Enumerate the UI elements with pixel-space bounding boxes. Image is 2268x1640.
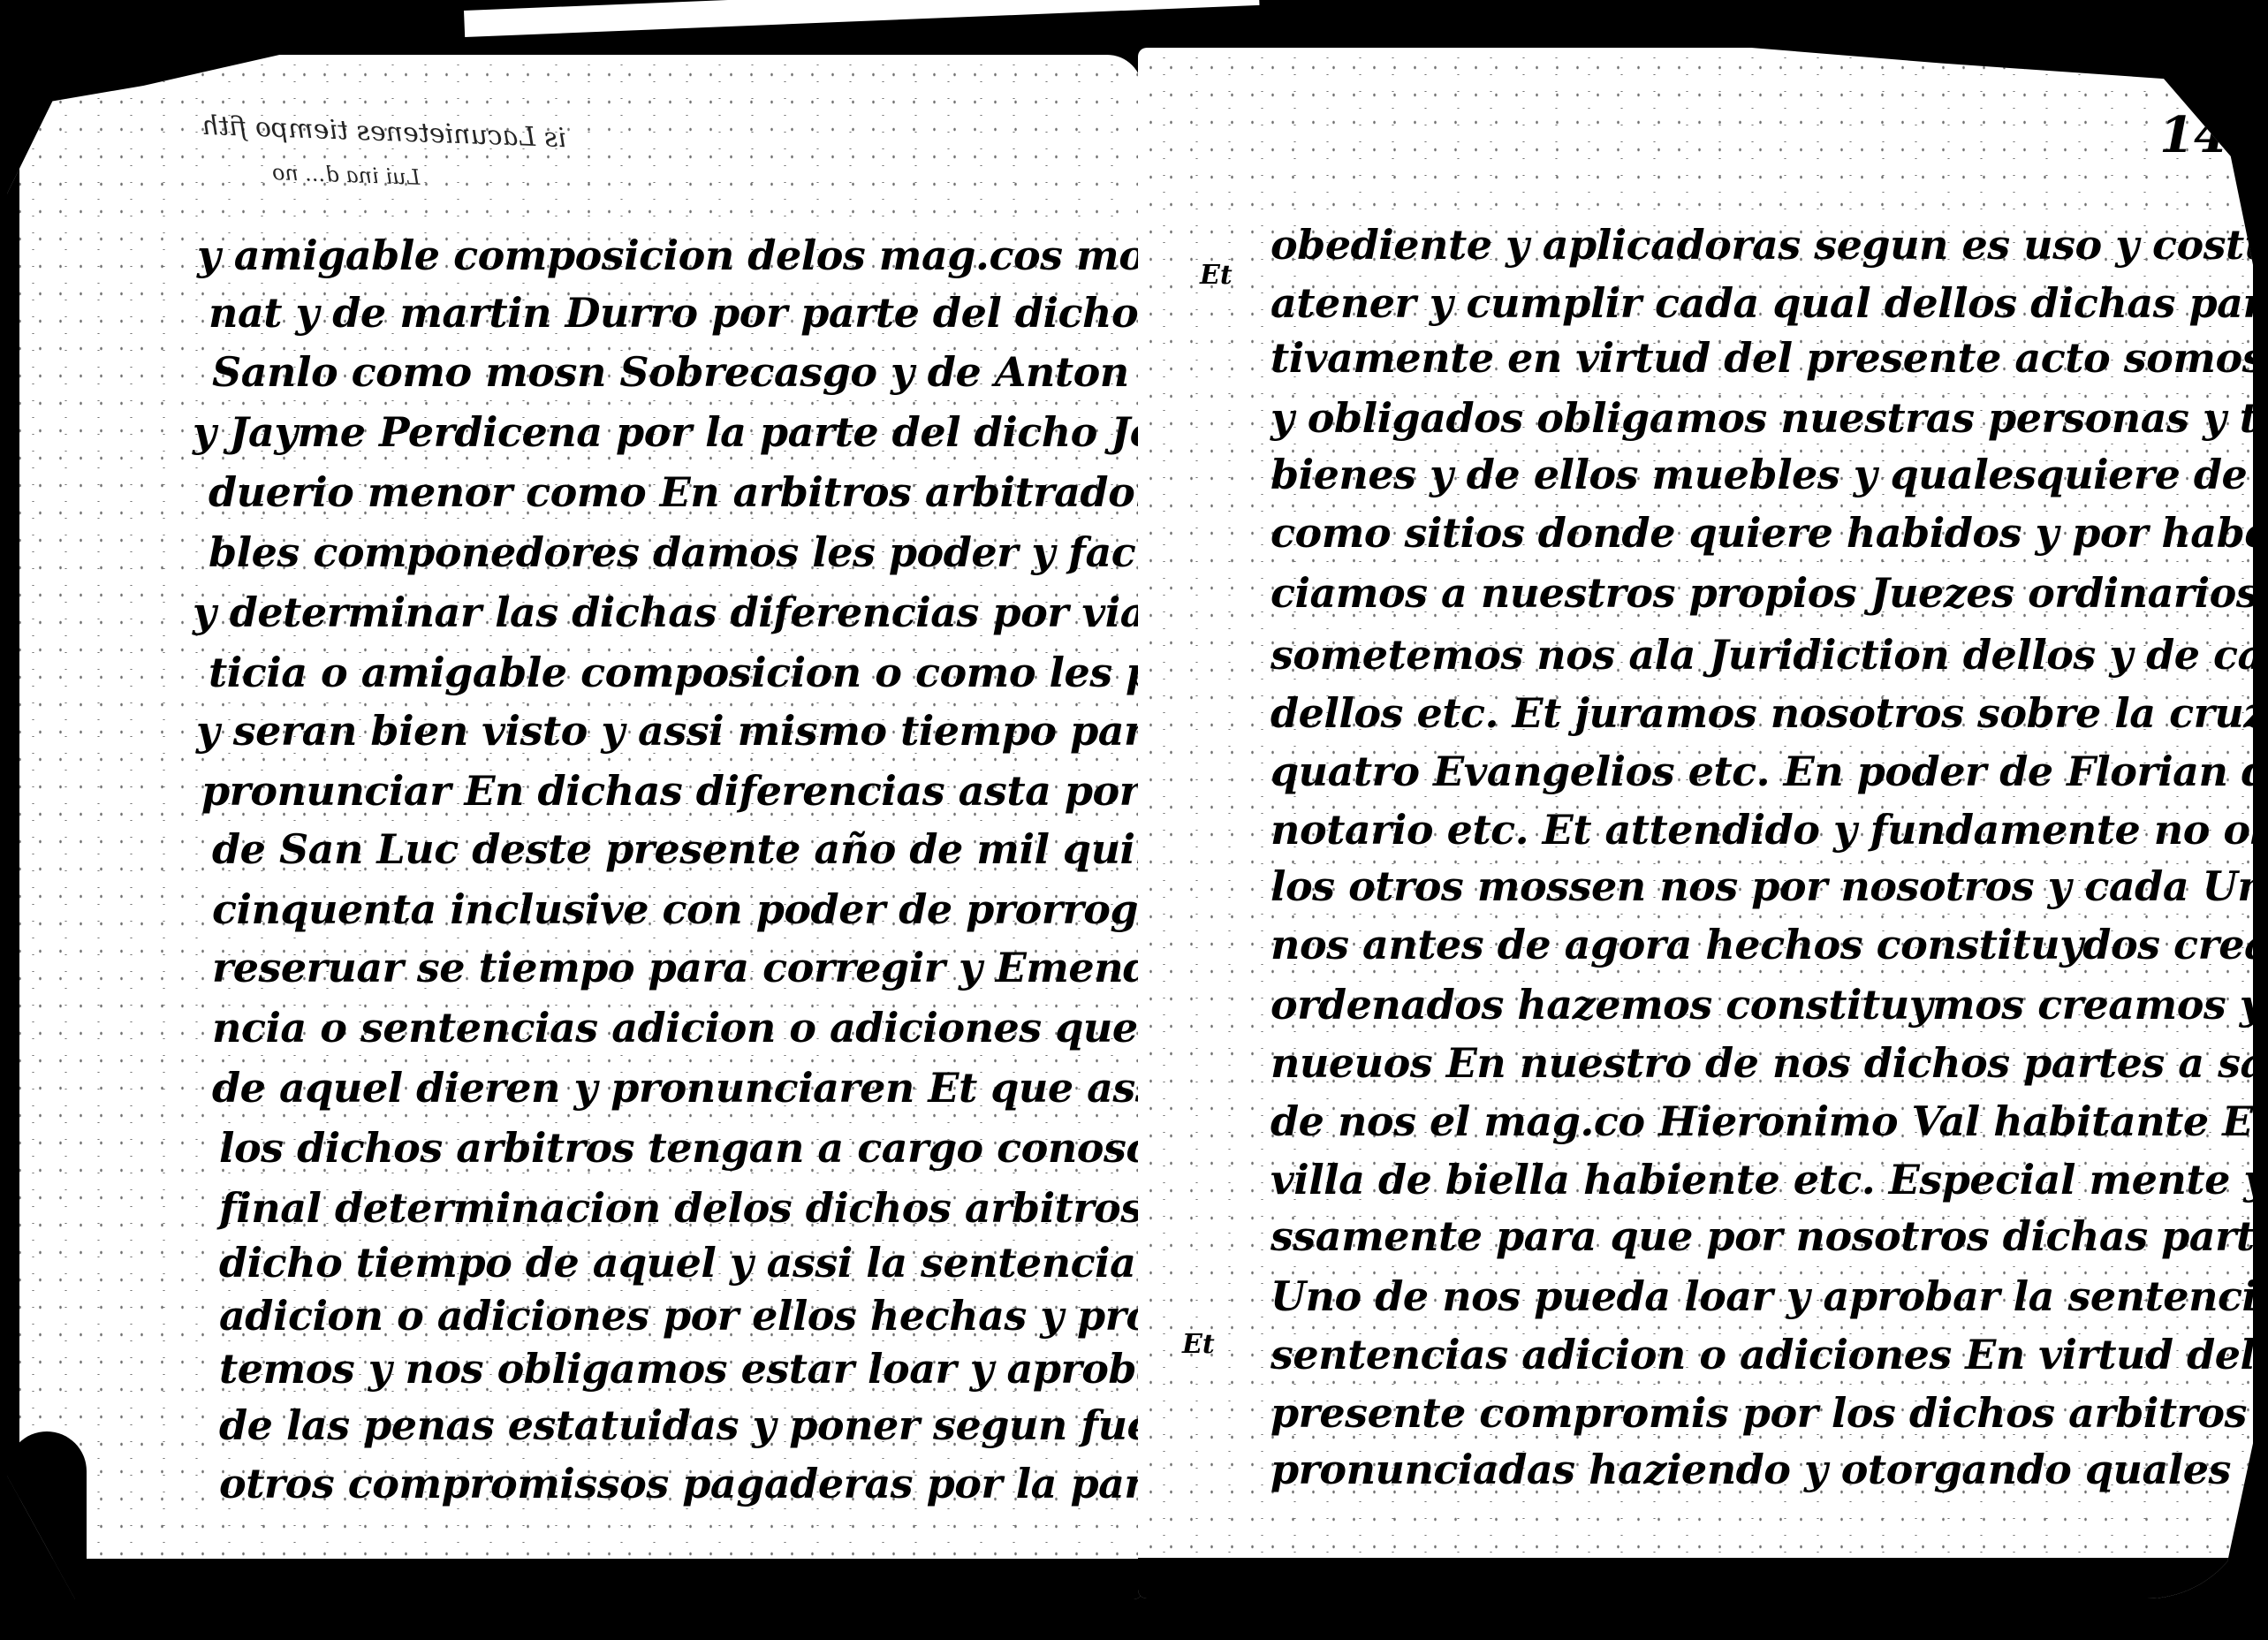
text-line: los otros mossen nos por nosotros y cada… [1271, 862, 2253, 910]
text-line: y amigable composicion delos mag.cos mos… [197, 232, 1142, 279]
text-line: final determinacion delos dichos arbitro… [219, 1184, 1142, 1232]
bottom-page-edge [1138, 1558, 2253, 1598]
text-line: nueuos En nuestro de nos dichos partes a… [1271, 1039, 2253, 1087]
text-line: dicho tiempo de aquel y assi la sentenci… [219, 1239, 1142, 1287]
text-line: otros compromissos pagaderas por la part… [219, 1460, 1142, 1507]
text-line: y determinar las dichas diferencias por … [193, 588, 1142, 636]
text-line: ssamente para que por nosotros dichas pa… [1271, 1212, 2253, 1260]
scan-edge-strip [464, 0, 1259, 37]
text-line: bles componedores damos les poder y facu… [209, 528, 1142, 576]
text-line: pronunciadas haziendo y otorgando quales… [1271, 1446, 2253, 1493]
folio-number: 14 [2159, 106, 2228, 164]
text-line: sometemos nos ala Juridiction dellos y d… [1271, 631, 2253, 679]
right-page: 14 Et Et obediente y aplicadoras segun e… [1138, 48, 2253, 1598]
text-line: sentencias adicion o adiciones En virtud… [1271, 1331, 2253, 1378]
text-line: de nos el mag.co Hieronimo Val habitante… [1271, 1097, 2253, 1145]
text-line: duerio menor como En arbitros arbitrador… [209, 468, 1142, 516]
text-line: como sitios donde quiere habidos y por h… [1271, 509, 2253, 557]
text-line: atener y cumplir cada qual dellos dichas… [1271, 279, 2253, 327]
text-line: nat y de martin Durro por parte del dich… [209, 289, 1142, 337]
margin-note: Et [1200, 260, 1233, 291]
text-line: de aquel dieren y pronunciaren Et que as… [212, 1064, 1142, 1112]
text-line: pronunciar En dichas diferencias asta po… [201, 767, 1142, 815]
text-line: Sanlo como mosn Sobrecasgo y de Anton va… [212, 348, 1142, 396]
text-line: quatro Evangelios etc. En poder de Flori… [1271, 748, 2253, 795]
text-line: de San Luc deste presente año de mil qui… [212, 825, 1142, 873]
text-line: nos antes de agora hechos constituydos c… [1271, 921, 2253, 968]
text-line: villa de biella habiente etc. Especial m… [1271, 1156, 2253, 1203]
text-line: ncia o sentencias adicion o adiciones qu… [212, 1004, 1142, 1052]
left-page: is Lacunietenes tiempo fith Lui ina d...… [7, 55, 1142, 1599]
text-line: presente compromis por los dichos arbitr… [1271, 1389, 2253, 1437]
text-line: ticia o amigable composicion o como les … [209, 649, 1142, 696]
text-line: Uno de nos pueda loar y aprobar la sente… [1271, 1272, 2253, 1320]
text-line: bienes y de ellos muebles y qualesquiere… [1271, 451, 2253, 498]
text-line: tivamente en virtud del presente acto so… [1271, 334, 2253, 382]
text-line: reseruar se tiempo para corregir y Emend… [212, 944, 1142, 991]
bottom-page-edge [7, 1559, 1142, 1599]
text-line: obediente y aplicadoras segun es uso y c… [1271, 221, 2253, 269]
text-line: temos y nos obligamos estar loar y aprob… [219, 1345, 1142, 1393]
text-line: de las penas estatuidas y poner segun fu… [219, 1401, 1142, 1449]
text-line: dellos etc. Et juramos nosotros sobre la… [1271, 689, 2253, 737]
text-line: y Jayme Perdicena por la parte del dicho… [193, 408, 1142, 456]
text-line: notario etc. Et attendido y fundamente n… [1271, 806, 2253, 854]
text-line: y obligados obligamos nuestras personas … [1271, 394, 2253, 442]
mirrored-heading-line-2: Lui ina d... no [272, 160, 421, 190]
text-line: adicion o adiciones por ellos hechas y p… [219, 1292, 1142, 1340]
text-line: cinquenta inclusive con poder de prorrog… [212, 885, 1142, 933]
margin-note: Et [1182, 1329, 1215, 1360]
text-line: y seran bien visto y assi mismo tiempo p… [196, 707, 1142, 755]
text-line: los dichos arbitros tengan a cargo conos… [219, 1124, 1142, 1172]
text-line: ciamos a nuestros propios Juezes ordinar… [1271, 569, 2253, 617]
text-line: ordenados hazemos constituymos creamos y… [1271, 981, 2253, 1029]
left-page-edge [7, 55, 19, 1599]
